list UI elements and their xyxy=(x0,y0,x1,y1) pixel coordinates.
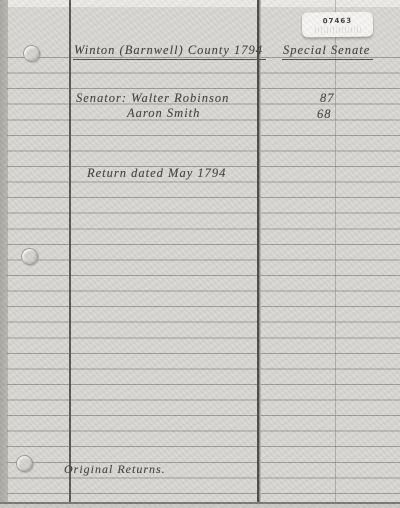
county-title: Winton (Barnwell) County 1794 xyxy=(73,43,266,60)
below-page-area xyxy=(0,504,400,508)
punch-hole-bottom xyxy=(16,455,33,472)
right-column-line xyxy=(335,0,336,503)
scanned-page: 07463 Winton (Barnwell) County 1794 Spec… xyxy=(0,0,400,508)
candidate-name: Aaron Smith xyxy=(127,106,200,121)
source-note: Original Returns. xyxy=(64,462,166,477)
barcode-icon xyxy=(315,27,361,34)
page-top-edge xyxy=(0,0,400,7)
return-date-note: Return dated May 1794 xyxy=(87,166,226,181)
column-divider-line xyxy=(257,0,261,503)
margin-line xyxy=(69,0,71,503)
ruled-lines xyxy=(7,57,400,503)
archive-barcode-label: 07463 xyxy=(302,12,373,38)
candidate-name: Senator: Walter Robinson xyxy=(76,91,229,106)
archive-label-number: 07463 xyxy=(323,17,352,25)
election-category: Special Senate xyxy=(282,43,373,60)
punch-hole-top xyxy=(23,45,40,62)
punch-hole-middle xyxy=(21,248,38,265)
vote-count: 68 xyxy=(317,107,332,122)
vote-count: 87 xyxy=(320,91,335,106)
